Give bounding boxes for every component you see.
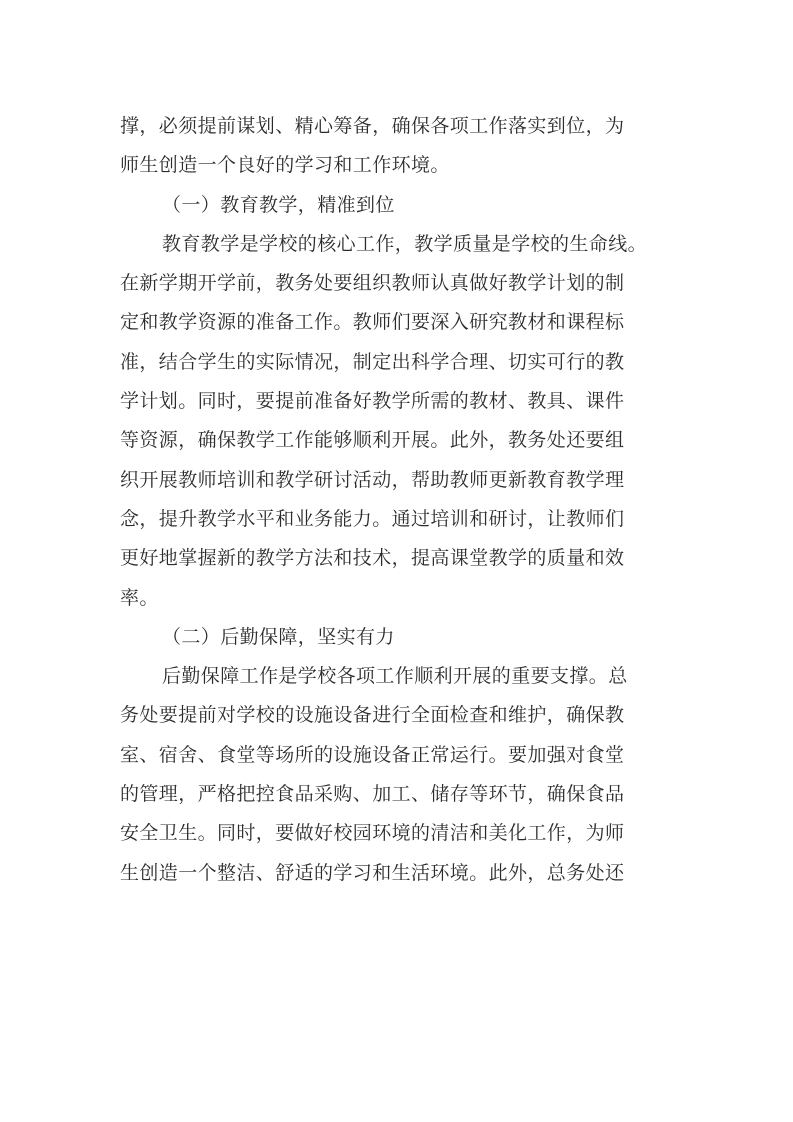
paragraph-line: 念，提升教学水平和业务能力。通过培训和研讨，让教师们 <box>120 500 662 539</box>
paragraph-line: 等资源，确保教学工作能够顺利开展。此外，教务处还要组 <box>120 421 662 460</box>
paragraph-line: 撑，必须提前谋划、精心筹备，确保各项工作落实到位，为 <box>120 107 662 146</box>
paragraph-line: 教育教学是学校的核心工作，教学质量是学校的生命线。 <box>120 225 662 264</box>
paragraph-line: 生创造一个整洁、舒适的学习和生活环境。此外，总务处还 <box>120 854 662 893</box>
paragraph-line: 准，结合学生的实际情况，制定出科学合理、切实可行的教 <box>120 343 662 382</box>
paragraph-line: 室、宿舍、食堂等场所的设施设备正常运行。要加强对食堂 <box>120 736 662 775</box>
paragraph-line: 织开展教师培训和教学研讨活动，帮助教师更新教育教学理 <box>120 461 662 500</box>
section-heading-logistics: （二）后勤保障，坚实有力 <box>120 618 662 657</box>
paragraph-line: 在新学期开学前，教务处要组织教师认真做好教学计划的制 <box>120 264 662 303</box>
document-body: 撑，必须提前谋划、精心筹备，确保各项工作落实到位，为 师生创造一个良好的学习和工… <box>120 107 662 893</box>
paragraph-line: 师生创造一个良好的学习和工作环境。 <box>120 146 662 185</box>
paragraph-line: 率。 <box>120 579 662 618</box>
paragraph-line: 后勤保障工作是学校各项工作顺利开展的重要支撑。总 <box>120 657 662 696</box>
paragraph-line: 定和教学资源的准备工作。教师们要深入研究教材和课程标 <box>120 303 662 342</box>
document-page: 撑，必须提前谋划、精心筹备，确保各项工作落实到位，为 师生创造一个良好的学习和工… <box>0 0 793 1122</box>
paragraph-line: 学计划。同时，要提前准备好教学所需的教材、教具、课件 <box>120 382 662 421</box>
paragraph-line: 更好地掌握新的教学方法和技术，提高课堂教学的质量和效 <box>120 539 662 578</box>
section-heading-education: （一）教育教学，精准到位 <box>120 186 662 225</box>
paragraph-line: 安全卫生。同时，要做好校园环境的清洁和美化工作，为师 <box>120 814 662 853</box>
paragraph-line: 务处要提前对学校的设施设备进行全面检查和维护，确保教 <box>120 696 662 735</box>
paragraph-line: 的管理，严格把控食品采购、加工、储存等环节，确保食品 <box>120 775 662 814</box>
